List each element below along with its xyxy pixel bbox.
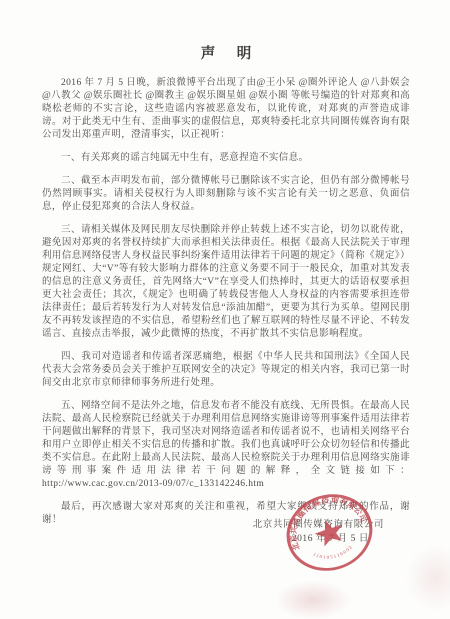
statement-item-3: 三、请相关媒体及网民朋友尽快删除并停止转载上述不实言论，切勿以讹传讹，避免因对郑…: [42, 224, 410, 341]
statement-item-1: 一、有关郑爽的谣言纯属无中生有，恶意捏造不实信息。: [42, 152, 410, 165]
statement-body: 声 明 2016 年 7 月 5 日晚，新浪微博平台出现了由@王小呆 @圈外评论…: [42, 48, 410, 527]
intro-paragraph: 2016 年 7 月 5 日晚，新浪微博平台出现了由@王小呆 @圈外评论人 @八…: [42, 77, 410, 142]
statement-item-5: 五、网络空间不是法外之地，信息发布者不能没有底线、无所畏惧。在最高人民法院、最高…: [42, 400, 410, 491]
statement-document-page: 声 明 2016 年 7 月 5 日晚，新浪微博平台出现了由@王小呆 @圈外评论…: [0, 0, 450, 619]
seal-star-icon: [312, 516, 348, 548]
statement-item-2: 二、截至本声明发布前，部分微博帐号已删除该不实言论，但仍有部分微博帐号仍然罔顾事…: [42, 175, 410, 214]
statement-title: 声 明: [42, 48, 410, 61]
ink-smudge-right: [406, 545, 450, 611]
statement-item-4: 四、我司对造谣者和传谣者深恶痛绝，根据《中华人民共和国刑法》《全国人民代表大会常…: [42, 351, 410, 390]
ink-smudge-bottom: [276, 581, 350, 619]
